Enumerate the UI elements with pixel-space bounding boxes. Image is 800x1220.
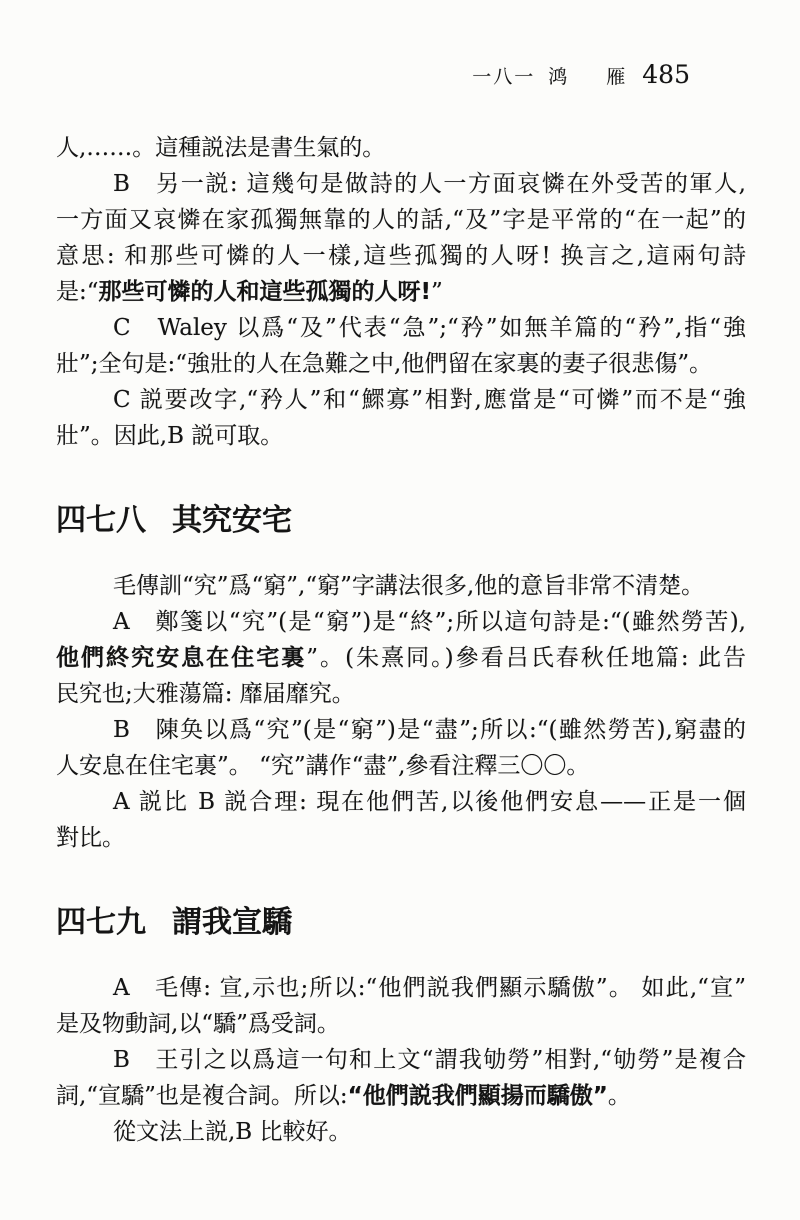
chapter-title-char-1: 鸿	[548, 62, 567, 89]
paragraph: A 毛傳: 宣,示也;所以:“他們説我們顯示驕傲”。 如此,“宣”是及物動詞,以…	[56, 970, 746, 1042]
emphasis-run: 那些可憐的人和這些孤獨的人呀!	[99, 279, 432, 305]
text-run: 是:“	[56, 279, 99, 305]
text-line: B 另一説: 這幾句是做詩的人一方面哀憐在外受苦的軍人,	[56, 166, 746, 202]
text-line: C Waley 以爲“及”代表“急”;“矜”如無羊篇的“矜”,指“強	[56, 310, 746, 346]
text-line: 人安息在住宅裏”。 “究”講作“盡”,參看注釋三〇〇。	[56, 748, 746, 784]
text-line: A 毛傳: 宣,示也;所以:“他們説我們顯示驕傲”。 如此,“宣”	[56, 970, 746, 1006]
page-header: 一八一 鸿 雁 485	[472, 60, 690, 89]
text-line: 是及物動詞,以“驕”爲受詞。	[56, 1006, 746, 1042]
text-run: 。	[608, 1083, 631, 1109]
text-line: B 陳奂以爲“究”(是“窮”)是“盡”;所以:“(雖然勞苦),窮盡的	[56, 712, 746, 748]
text-run: 是及物動詞,以“驕”爲受詞。	[56, 1011, 340, 1037]
text-line: 從文法上説,B 比較好。	[56, 1114, 746, 1150]
emphasis-run: “他們説我們顯揚而驕傲”	[348, 1083, 608, 1109]
paragraph: A 説比 B 説合理: 現在他們苦,以後他們安息——正是一個對比。	[56, 784, 746, 856]
text-run: 人安息在住宅裏”。 “究”講作“盡”,參看注釋三〇〇。	[56, 753, 589, 779]
paragraph: 毛傳訓“究”爲“窮”,“窮”字講法很多,他的意旨非常不清楚。	[56, 568, 746, 604]
paragraph: 從文法上説,B 比較好。	[56, 1114, 746, 1150]
paragraph: A 鄭箋以“究”(是“窮”)是“終”;所以這句詩是:“(雖然勞苦),他們終究安息…	[56, 604, 746, 712]
text-run: 民究也;大雅蕩篇: 靡届靡究。	[56, 681, 355, 707]
text-line: 人,……。這種説法是書生氣的。	[56, 130, 746, 166]
text-line: 他們終究安息在住宅裏”。(朱熹同。)參看吕氏春秋任地篇: 此告	[56, 640, 746, 676]
text-line: 一方面又哀憐在家孤獨無靠的人的話,“及”字是平常的“在一起”的	[56, 202, 746, 238]
text-run: 一方面又哀憐在家孤獨無靠的人的話,“及”字是平常的“在一起”的	[56, 207, 746, 233]
text-run: B 王引之以爲這一句和上文“謂我劬勞”相對,“劬勞”是複合	[113, 1047, 746, 1073]
chapter-title-char-2: 雁	[606, 62, 625, 89]
book-page: 一八一 鸿 雁 485 人,……。這種説法是書生氣的。B 另一説: 這幾句是做詩…	[0, 0, 800, 1220]
text-run: B 另一説: 這幾句是做詩的人一方面哀憐在外受苦的軍人,	[113, 171, 746, 197]
paragraph: C 説要改字,“矜人”和“鰥寡”相對,應當是“可憐”而不是“強壯”。因此,B 説…	[56, 382, 746, 454]
text-line: B 王引之以爲這一句和上文“謂我劬勞”相對,“劬勞”是複合	[56, 1042, 746, 1078]
section-title: 謂我宣驕	[172, 905, 292, 940]
text-line: C 説要改字,“矜人”和“鰥寡”相對,應當是“可憐”而不是“強	[56, 382, 746, 418]
text-line: 詞,“宣驕”也是複合詞。所以:“他們説我們顯揚而驕傲”。	[56, 1078, 746, 1114]
text-line: A 鄭箋以“究”(是“窮”)是“終”;所以這句詩是:“(雖然勞苦),	[56, 604, 746, 640]
section-heading: 四七九謂我宣驕	[56, 902, 746, 944]
text-run: A 鄭箋以“究”(是“窮”)是“終”;所以這句詩是:“(雖然勞苦),	[113, 609, 746, 635]
text-run: ”	[431, 279, 443, 305]
section-number: 四七八	[56, 503, 146, 538]
text-line: 是:“那些可憐的人和這些孤獨的人呀!”	[56, 274, 746, 310]
section-heading: 四七八其究安宅	[56, 500, 746, 542]
text-line: 毛傳訓“究”爲“窮”,“窮”字講法很多,他的意旨非常不清楚。	[56, 568, 746, 604]
text-line: 對比。	[56, 820, 746, 856]
emphasis-run: 他們終究安息在住宅裏	[56, 645, 306, 671]
text-run: 詞,“宣驕”也是複合詞。所以:	[56, 1083, 348, 1109]
section-number: 四七九	[56, 905, 146, 940]
text-line: A 説比 B 説合理: 現在他們苦,以後他們安息——正是一個	[56, 784, 746, 820]
text-run: ”。(朱熹同。)參看吕氏春秋任地篇: 此告	[306, 645, 746, 671]
text-run: B 陳奂以爲“究”(是“窮”)是“盡”;所以:“(雖然勞苦),窮盡的	[113, 717, 746, 743]
text-run: 意思: 和那些可憐的人一樣,這些孤獨的人呀! 换言之,這兩句詩	[56, 243, 746, 269]
paragraph: C Waley 以爲“及”代表“急”;“矜”如無羊篇的“矜”,指“強壯”;全句是…	[56, 310, 746, 382]
text-line: 壯”;全句是:“強壯的人在急難之中,他們留在家裏的妻子很悲傷”。	[56, 346, 746, 382]
text-run: A 毛傳: 宣,示也;所以:“他們説我們顯示驕傲”。 如此,“宣”	[113, 975, 746, 1001]
text-run: C 説要改字,“矜人”和“鰥寡”相對,應當是“可憐”而不是“強	[113, 387, 746, 413]
paragraph: B 王引之以爲這一句和上文“謂我劬勞”相對,“劬勞”是複合詞,“宣驕”也是複合詞…	[56, 1042, 746, 1114]
text-run: 毛傳訓“究”爲“窮”,“窮”字講法很多,他的意旨非常不清楚。	[113, 573, 704, 599]
paragraph: 人,……。這種説法是書生氣的。	[56, 130, 746, 166]
text-line: 壯”。因此,B 説可取。	[56, 418, 746, 454]
paragraph: B 陳奂以爲“究”(是“窮”)是“盡”;所以:“(雖然勞苦),窮盡的人安息在住宅…	[56, 712, 746, 784]
chapter-number: 一八一	[472, 62, 535, 89]
text-line: 民究也;大雅蕩篇: 靡届靡究。	[56, 676, 746, 712]
text-block: 人,……。這種説法是書生氣的。B 另一説: 這幾句是做詩的人一方面哀憐在外受苦的…	[56, 130, 746, 1150]
section-title: 其究安宅	[172, 503, 292, 538]
text-run: 從文法上説,B 比較好。	[113, 1119, 352, 1145]
text-run: 人,……。這種説法是書生氣的。	[56, 135, 385, 161]
page-number: 485	[642, 60, 690, 89]
text-run: 對比。	[56, 825, 125, 851]
text-run: 壯”。因此,B 説可取。	[56, 423, 283, 449]
paragraph: B 另一説: 這幾句是做詩的人一方面哀憐在外受苦的軍人,一方面又哀憐在家孤獨無靠…	[56, 166, 746, 310]
text-line: 意思: 和那些可憐的人一樣,這些孤獨的人呀! 换言之,這兩句詩	[56, 238, 746, 274]
text-run: C Waley 以爲“及”代表“急”;“矜”如無羊篇的“矜”,指“強	[113, 315, 746, 341]
text-run: A 説比 B 説合理: 現在他們苦,以後他們安息——正是一個	[113, 789, 746, 815]
text-run: 壯”;全句是:“強壯的人在急難之中,他們留在家裏的妻子很悲傷”。	[56, 351, 712, 377]
